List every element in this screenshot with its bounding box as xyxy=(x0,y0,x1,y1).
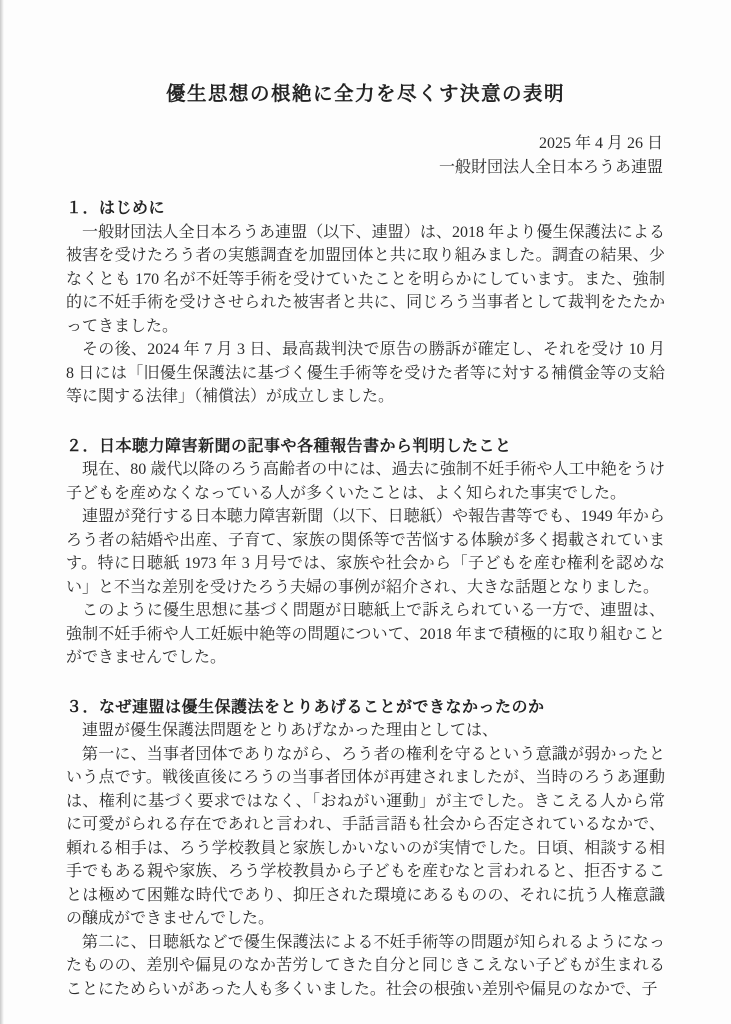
paragraph: このように優生思想に基づく問題が日聴紙上で訴えられている一方で、連盟は、強制不妊… xyxy=(66,599,665,670)
document-date: 2025 年 4 月 26 日 xyxy=(66,132,663,156)
paragraph: 第一に、当事者団体でありながら、ろう者の権利を守るという意識が弱かったという点で… xyxy=(66,743,665,931)
section-newspaper-findings: ２．日本聴力障害新聞の記事や各種報告書から判明したこと 現在、80 歳代以降のろ… xyxy=(66,435,665,670)
paragraph: その後、2024 年 7 月 3 日、最高裁判決で原告の勝訴が確定し、それを受け… xyxy=(66,338,665,409)
document-organization: 一般財団法人全日本ろうあ連盟 xyxy=(66,156,663,180)
paragraph: 一般財団法人全日本ろうあ連盟（以下、連盟）は、2018 年より優生保護法による被… xyxy=(66,221,665,339)
document-title: 優生思想の根絶に全力を尽くす決意の表明 xyxy=(66,80,665,108)
section-1-heading: １．はじめに xyxy=(66,197,665,221)
paragraph: 連盟が発行する日本聴力障害新聞（以下、日聴紙）や報告書等でも、1949 年からろ… xyxy=(66,505,665,599)
paragraph: 現在、80 歳代以降のろう高齢者の中には、過去に強制不妊手術や人工中絶をうけ子ど… xyxy=(66,458,665,505)
section-2-heading: ２．日本聴力障害新聞の記事や各種報告書から判明したこと xyxy=(66,435,665,459)
scanned-document-page: 優生思想の根絶に全力を尽くす決意の表明 2025 年 4 月 26 日 一般財団… xyxy=(0,0,731,1024)
paragraph: 連盟が優生保護法問題をとりあげなかった理由としては、 xyxy=(66,719,665,743)
byline-block: 2025 年 4 月 26 日 一般財団法人全日本ろうあ連盟 xyxy=(66,132,663,179)
section-introduction: １．はじめに 一般財団法人全日本ろうあ連盟（以下、連盟）は、2018 年より優生… xyxy=(66,197,665,409)
section-3-heading: ３．なぜ連盟は優生保護法をとりあげることができなかったのか xyxy=(66,696,665,720)
section-why-not-addressed: ３．なぜ連盟は優生保護法をとりあげることができなかったのか 連盟が優生保護法問題… xyxy=(66,696,665,1002)
paragraph: 第二に、日聴紙などで優生保護法による不妊手術等の問題が知られるようになったものの… xyxy=(66,931,665,1002)
